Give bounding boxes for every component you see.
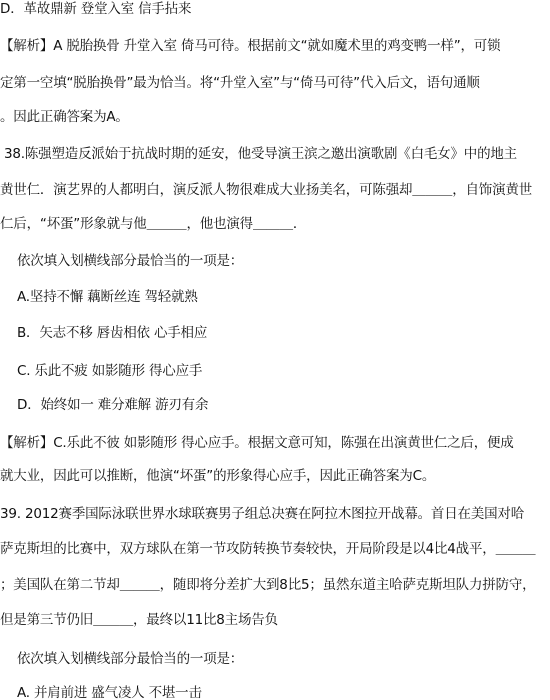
q38-prompt: 依次填入划横线部分最恰当的一项是： — [17, 252, 243, 270]
q37-analysis-line-1: 【解析】A 脱胎换骨 升堂入室 倚马可待。根据前文“就如魔术里的鸡变鸭一样”，可… — [0, 37, 500, 55]
q38-stem-line-2: 黄世仁．演艺界的人都明白，演反派人物很难成大业扬美名，可陈强却＿＿＿，自饰演黄世 — [0, 181, 532, 199]
q38-option-c: C. 乐此不疲 如影随形 得心应手 — [17, 362, 202, 380]
q37-analysis-line-3: 。因此正确答案为A。 — [0, 108, 129, 126]
q37-analysis-line-2: 定第一空填“脱胎换骨”最为恰当。将“升堂入室”与“倚马可待”代入后文，语句通顺 — [0, 74, 480, 92]
q39-stem-line-1: 39. 2012赛季国际泳联世界水球联赛男子组总决赛在阿拉木图拉开战幕。首日在美… — [0, 505, 524, 523]
q39-stem-line-3: ；美国队在第二节却＿＿＿，随即将分差扩大到8比5；虽然东道主哈萨克斯坦队力拼防守… — [0, 576, 535, 594]
q39-stem-line-2: 萨克斯坦的比赛中，双方球队在第一节攻防转换节奏较快，开局阶段是以4比4战平，＿＿… — [0, 540, 535, 558]
q38-stem-line-3: 仁后，“坏蛋”形象就与他＿＿＿，他也演得＿＿＿． — [0, 215, 306, 233]
q38-option-a: A.坚持不懈 藕断丝连 驾轻就熟 — [17, 288, 198, 306]
q38-analysis-line-1: 【解析】C.乐此不彼 如影随形 得心应手。根据文意可知，陈强在出演黄世仁之后，便… — [0, 434, 514, 452]
q39-prompt: 依次填入划横线部分最恰当的一项是： — [17, 650, 243, 668]
q38-option-d: D．始终如一 难分难解 游刃有余 — [17, 396, 208, 414]
q38-analysis-line-2: 就大业，因此可以推断，他演“坏蛋”的形象得心应手，因此正确答案为C。 — [0, 467, 435, 485]
q38-option-b: B．矢志不移 唇齿相依 心手相应 — [17, 324, 207, 342]
q38-stem-line-1: 38.陈强塑造反派始于抗战时期的延安，他受导演王滨之邀出演歌剧《白毛女》中的地主 — [4, 145, 517, 163]
q39-stem-line-4: 但是第三节仍旧＿＿＿，最终以11比8主场告负 — [0, 611, 278, 629]
q39-option-a: A. 并肩前进 盛气凌人 不堪一击 — [17, 684, 202, 700]
q37-option-d: D．革故鼎新 登堂入室 信手拈来 — [0, 0, 191, 18]
